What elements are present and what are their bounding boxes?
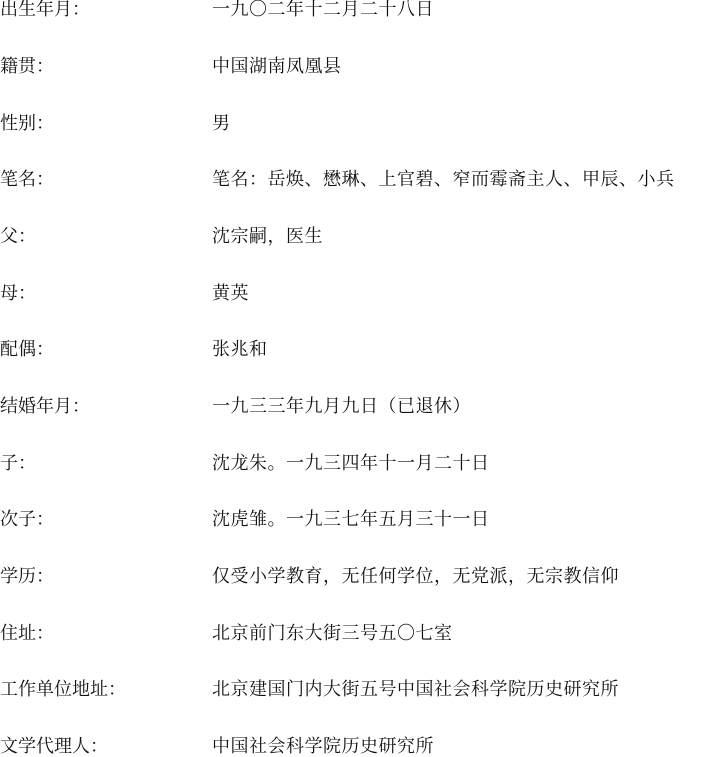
label-spouse: 配偶： <box>0 338 54 362</box>
label-address: 住址： <box>0 622 54 646</box>
label-father: 父： <box>0 225 36 249</box>
label-gender: 性别： <box>0 112 54 136</box>
label-birth-date: 出生年月： <box>0 0 90 22</box>
row-education: 学历： 仅受小学教育，无任何学位，无党派，无宗教信仰 <box>0 565 710 589</box>
label-second-son: 次子： <box>0 508 54 532</box>
value-gender: 男 <box>212 112 231 136</box>
label-literary-agent: 文学代理人： <box>0 735 108 757</box>
value-mother: 黄英 <box>212 282 249 306</box>
label-education: 学历： <box>0 565 54 589</box>
value-father: 沈宗嗣，医生 <box>212 225 323 249</box>
value-second-son: 沈虎雏。一九三七年五月三十一日 <box>212 508 490 532</box>
row-address: 住址： 北京前门东大街三号五〇七室 <box>0 622 710 646</box>
value-education: 仅受小学教育，无任何学位，无党派，无宗教信仰 <box>212 565 619 589</box>
value-literary-agent: 中国社会科学院历史研究所 <box>212 735 434 757</box>
row-marriage-date: 结婚年月： 一九三三年九月九日（已退休） <box>0 395 710 419</box>
value-work-address: 北京建国门内大街五号中国社会科学院历史研究所 <box>212 678 619 702</box>
label-son: 子： <box>0 452 36 476</box>
value-spouse: 张兆和 <box>212 338 268 362</box>
label-native-place: 籍贯： <box>0 55 54 79</box>
label-pen-names: 笔名： <box>0 168 54 192</box>
value-native-place: 中国湖南凤凰县 <box>212 55 342 79</box>
value-pen-names: 笔名：岳焕、懋琳、上官碧、窄而霉斋主人、甲辰、小兵 <box>212 168 675 192</box>
row-spouse: 配偶： 张兆和 <box>0 338 710 362</box>
value-son: 沈龙朱。一九三四年十一月二十日 <box>212 452 490 476</box>
row-son: 子： 沈龙朱。一九三四年十一月二十日 <box>0 452 710 476</box>
label-mother: 母： <box>0 282 36 306</box>
label-marriage-date: 结婚年月： <box>0 395 90 419</box>
row-gender: 性别： 男 <box>0 112 710 136</box>
row-father: 父： 沈宗嗣，医生 <box>0 225 710 249</box>
row-mother: 母： 黄英 <box>0 282 710 306</box>
value-birth-date: 一九〇二年十二月二十八日 <box>212 0 434 22</box>
row-pen-names: 笔名： 笔名：岳焕、懋琳、上官碧、窄而霉斋主人、甲辰、小兵 <box>0 168 710 192</box>
value-address: 北京前门东大街三号五〇七室 <box>212 622 453 646</box>
row-native-place: 籍贯： 中国湖南凤凰县 <box>0 55 710 79</box>
row-literary-agent: 文学代理人： 中国社会科学院历史研究所 <box>0 735 710 757</box>
value-marriage-date: 一九三三年九月九日（已退休） <box>212 395 471 419</box>
row-work-address: 工作单位地址： 北京建国门内大街五号中国社会科学院历史研究所 <box>0 678 710 702</box>
row-birth-date: 出生年月： 一九〇二年十二月二十八日 <box>0 0 710 22</box>
row-second-son: 次子： 沈虎雏。一九三七年五月三十一日 <box>0 508 710 532</box>
label-work-address: 工作单位地址： <box>0 678 126 702</box>
